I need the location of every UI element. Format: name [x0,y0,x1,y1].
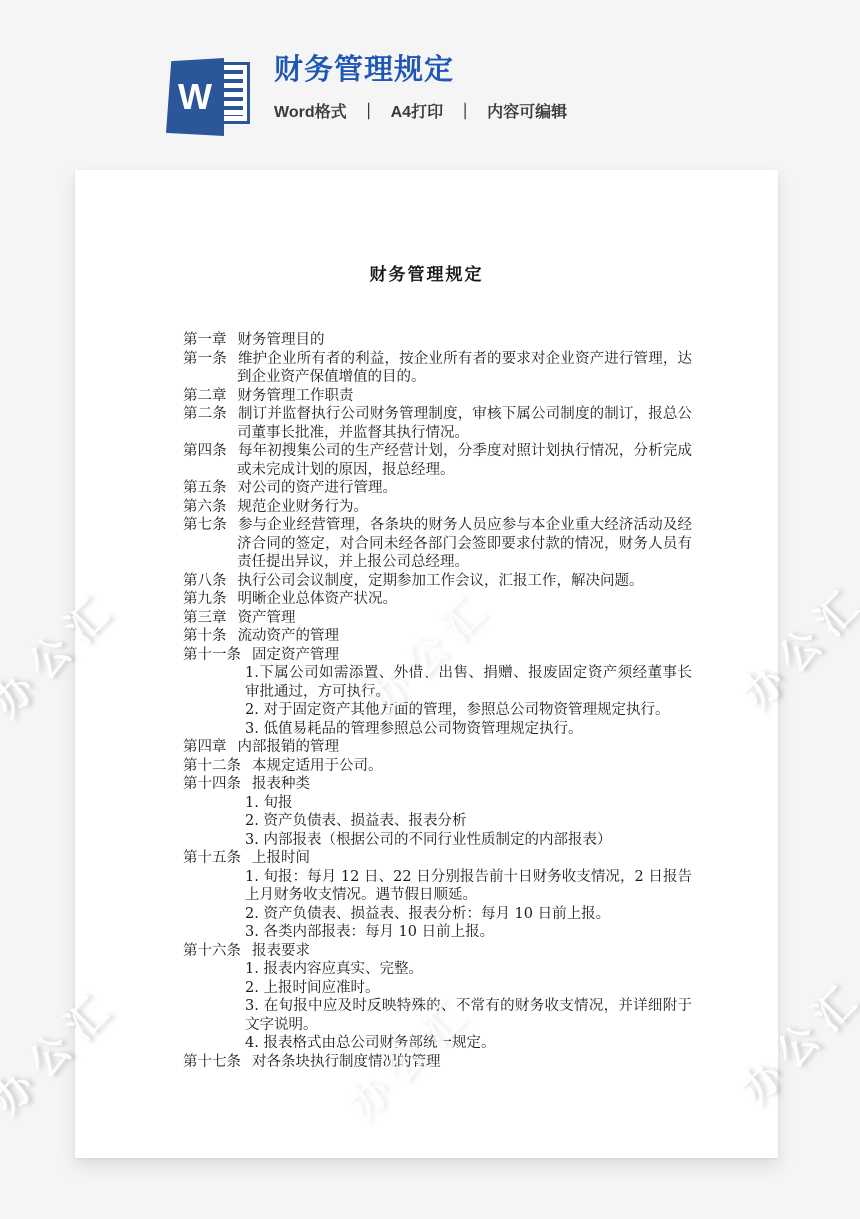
clause-text: 1. 旬报 [245,795,292,811]
clause-text: 2. 资产负债表、损益表、报表分析 [245,813,466,829]
clause-text: 财务管理目的 [238,332,325,348]
clause-text: 制订并监督执行公司财务管理制度，审核下属公司制度的制订，报总公司董事长批准，并监… [237,406,692,441]
document-paragraph: 第七条参与企业经营管理，各条块的财务人员应参与本企业重大经济活动及经济合同的签定… [183,516,692,572]
document-paragraph: 1.下属公司如需添置、外借、出售、捐赠、报废固定资产须经董事长审批通过，方可执行… [245,664,692,701]
clause-text: 2. 上报时间应准时。 [245,980,379,996]
document-paragraph: 第一条维护企业所有者的利益，按企业所有者的要求对企业资产进行管理，达到企业资产保… [183,350,692,387]
clause-label: 第十一条 [183,647,241,663]
document-page: 财务管理规定 第一章财务管理目的第一条维护企业所有者的利益，按企业所有者的要求对… [75,170,778,1158]
document-paragraph: 第十四条报表种类 [183,775,692,794]
clause-text: 执行公司会议制度，定期参加工作会议，汇报工作，解决问题。 [238,573,644,589]
document-paragraph: 3. 各类内部报表：每月 10 日前上报。 [245,923,692,942]
document-body: 第一章财务管理目的第一条维护企业所有者的利益，按企业所有者的要求对企业资产进行管… [183,331,692,1071]
document-paragraph: 3. 在旬报中应及时反映特殊的、不常有的财务收支情况，并详细附于文字说明。 [245,997,692,1034]
clause-label: 第八条 [183,573,227,589]
page-background: W 财务管理规定 Word格式 ｜ A4打印 ｜ 内容可编辑 财务管理规定 第一… [0,0,860,1219]
document-paragraph: 2. 对于固定资产其他方面的管理，参照总公司物资管理规定执行。 [245,701,692,720]
clause-text: 上报时间 [252,850,310,866]
word-icon: W [166,58,256,138]
document-paragraph: 第四条每年初搜集公司的生产经营计划，分季度对照计划执行情况，分析完成或未完成计划… [183,442,692,479]
clause-text: 本规定适用于公司。 [252,758,383,774]
document-paragraph: 第二章财务管理工作职责 [183,387,692,406]
document-paragraph: 第十五条上报时间 [183,849,692,868]
document-paragraph: 第十二条本规定适用于公司。 [183,757,692,776]
clause-text: 参与企业经营管理，各条块的财务人员应参与本企业重大经济活动及经济合同的签定，对合… [237,517,692,570]
clause-label: 第一章 [183,332,227,348]
clause-label: 第十五条 [183,850,241,866]
clause-text: 固定资产管理 [252,647,339,663]
clause-text: 2. 资产负债表、损益表、报表分析：每月 10 日前上报。 [245,906,610,922]
document-paragraph: 第五条对公司的资产进行管理。 [183,479,692,498]
clause-text: 内部报销的管理 [238,739,340,755]
clause-label: 第四章 [183,739,227,755]
clause-label: 第三章 [183,610,227,626]
document-paragraph: 第十一条固定资产管理 [183,646,692,665]
clause-label: 第七条 [183,517,227,533]
clause-text: 4. 报表格式由总公司财务部统一规定。 [245,1035,495,1051]
clause-label: 第十四条 [183,776,241,792]
document-paragraph: 2. 资产负债表、损益表、报表分析：每月 10 日前上报。 [245,905,692,924]
document-paragraph: 第一章财务管理目的 [183,331,692,350]
document-paragraph: 3. 低值易耗品的管理参照总公司物资管理规定执行。 [245,720,692,739]
clause-text: 每年初搜集公司的生产经营计划，分季度对照计划执行情况，分析完成或未完成计划的原因… [237,443,692,478]
clause-text: 对各条块执行制度情况的管理 [252,1054,441,1070]
word-icon-letter: W [178,79,212,115]
clause-label: 第十条 [183,628,227,644]
document-paragraph: 2. 资产负债表、损益表、报表分析 [245,812,692,831]
word-icon-document: W [166,58,224,136]
page-title: 财务管理规定 [274,54,567,87]
document-paragraph: 第六条规范企业财务行为。 [183,498,692,517]
document-paragraph: 4. 报表格式由总公司财务部统一规定。 [245,1034,692,1053]
clause-label: 第六条 [183,499,227,515]
document-title: 财务管理规定 [75,260,778,285]
clause-text: 维护企业所有者的利益，按企业所有者的要求对企业资产进行管理，达到企业资产保值增值… [237,351,692,386]
document-paragraph: 第十六条报表要求 [183,942,692,961]
clause-text: 1.下属公司如需添置、外借、出售、捐赠、报废固定资产须经董事长审批通过，方可执行… [245,665,692,700]
clause-text: 财务管理工作职责 [238,388,354,404]
clause-label: 第一条 [183,351,227,367]
document-paragraph: 1. 报表内容应真实、完整。 [245,960,692,979]
subtitle-item-editable: 内容可编辑 [487,99,567,122]
document-paragraph: 2. 上报时间应准时。 [245,979,692,998]
clause-text: 3. 低值易耗品的管理参照总公司物资管理规定执行。 [245,721,582,737]
clause-label: 第十七条 [183,1054,241,1070]
document-paragraph: 第十条流动资产的管理 [183,627,692,646]
header: W 财务管理规定 Word格式 ｜ A4打印 ｜ 内容可编辑 [166,52,567,138]
subtitle-separator: ｜ [361,99,377,122]
document-paragraph: 第二条制订并监督执行公司财务管理制度，审核下属公司制度的制订，报总公司董事长批准… [183,405,692,442]
clause-label: 第四条 [183,443,227,459]
clause-label: 第五条 [183,480,227,496]
header-text: 财务管理规定 Word格式 ｜ A4打印 ｜ 内容可编辑 [274,52,567,122]
clause-text: 报表要求 [252,943,310,959]
document-paragraph: 第八条执行公司会议制度，定期参加工作会议，汇报工作，解决问题。 [183,572,692,591]
clause-text: 报表种类 [252,776,310,792]
clause-text: 规范企业财务行为。 [238,499,369,515]
document-paragraph: 第十七条对各条块执行制度情况的管理 [183,1053,692,1072]
clause-label: 第二章 [183,388,227,404]
header-subtitle: Word格式 ｜ A4打印 ｜ 内容可编辑 [274,99,567,122]
clause-label: 第二条 [183,406,227,422]
document-paragraph: 1. 旬报：每月 12 日、22 日分别报告前十日财务收支情况，2 日报告上月财… [245,868,692,905]
clause-text: 明晰企业总体资产状况。 [238,591,398,607]
subtitle-separator: ｜ [457,99,473,122]
clause-text: 2. 对于固定资产其他方面的管理，参照总公司物资管理规定执行。 [245,702,669,718]
clause-text: 资产管理 [238,610,296,626]
clause-text: 1. 旬报：每月 12 日、22 日分别报告前十日财务收支情况，2 日报告上月财… [245,869,692,904]
clause-text: 3. 各类内部报表：每月 10 日前上报。 [245,924,494,940]
clause-text: 流动资产的管理 [238,628,340,644]
document-paragraph: 1. 旬报 [245,794,692,813]
document-paragraph: 第三章资产管理 [183,609,692,628]
clause-text: 3. 内部报表（根据公司的不同行业性质制定的内部报表） [245,832,611,848]
document-paragraph: 第四章内部报销的管理 [183,738,692,757]
clause-text: 1. 报表内容应真实、完整。 [245,961,423,977]
clause-text: 对公司的资产进行管理。 [238,480,398,496]
clause-text: 3. 在旬报中应及时反映特殊的、不常有的财务收支情况，并详细附于文字说明。 [245,998,692,1033]
clause-label: 第九条 [183,591,227,607]
clause-label: 第十六条 [183,943,241,959]
subtitle-item-format: Word格式 [274,99,347,122]
document-paragraph: 3. 内部报表（根据公司的不同行业性质制定的内部报表） [245,831,692,850]
document-paragraph: 第九条明晰企业总体资产状况。 [183,590,692,609]
subtitle-item-print: A4打印 [391,99,443,122]
clause-label: 第十二条 [183,758,241,774]
